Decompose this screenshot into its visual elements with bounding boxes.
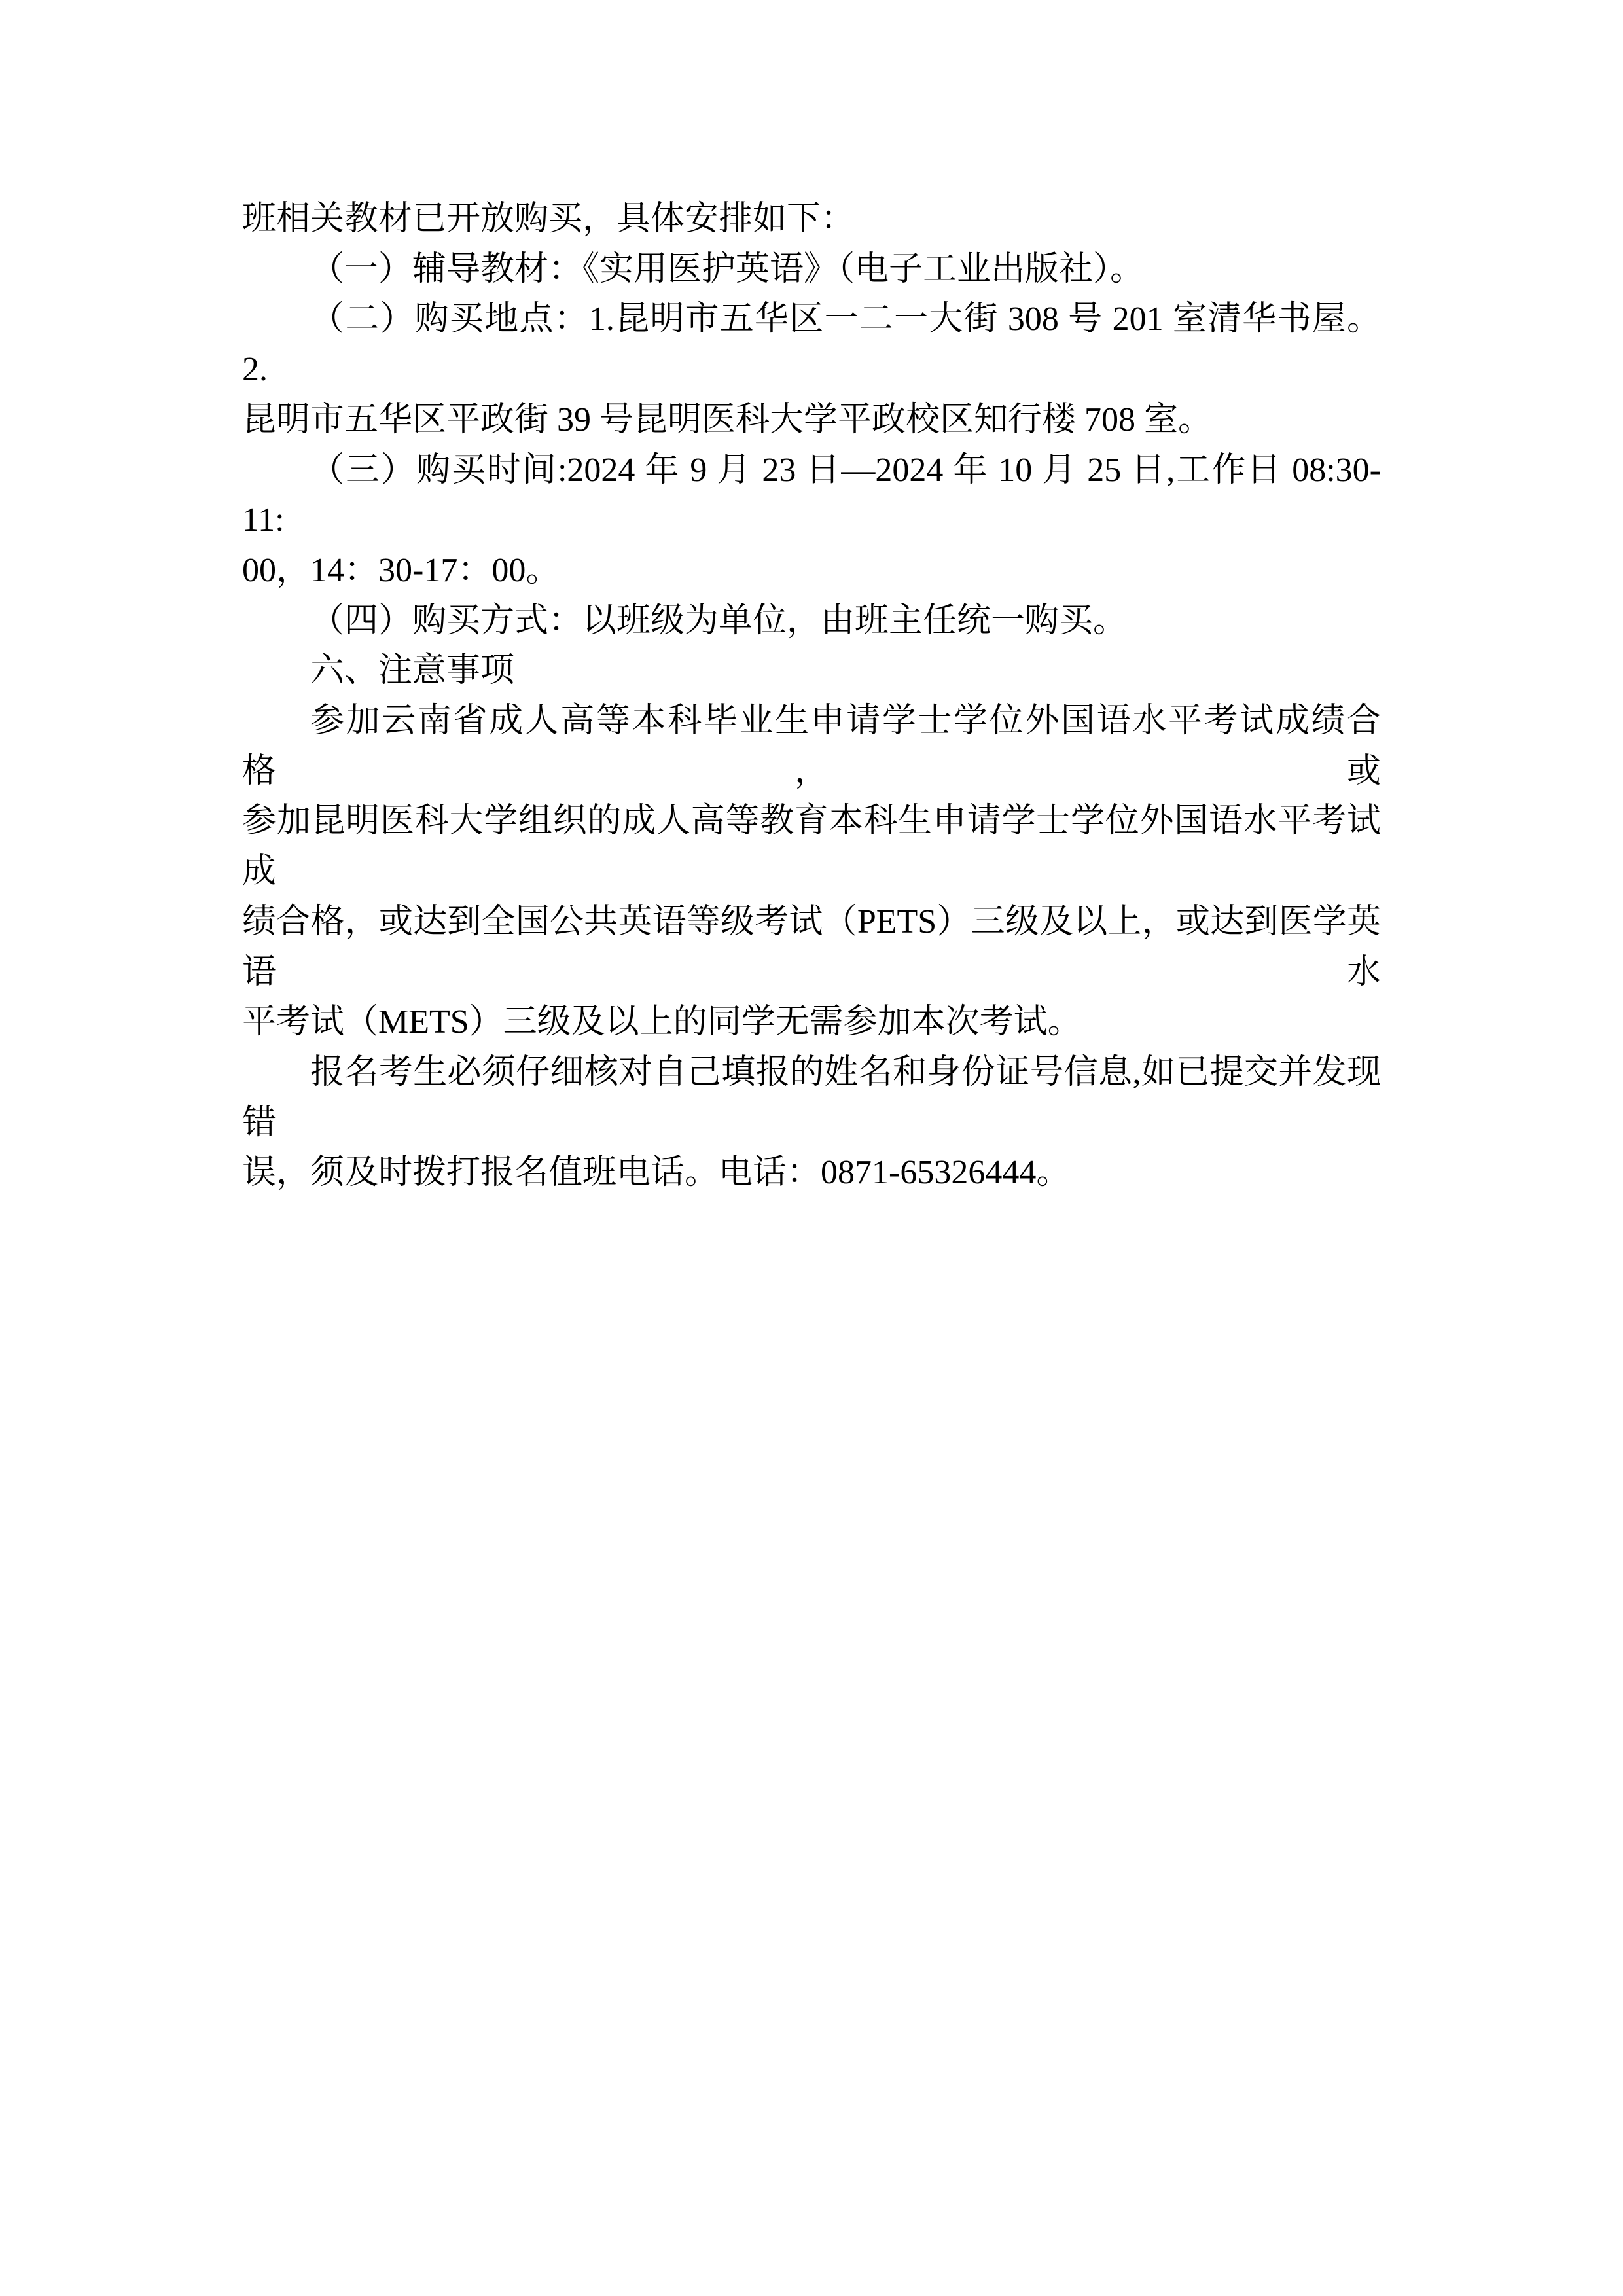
text-line: 六、注意事项 [242, 646, 1381, 696]
text-line: 昆明市五华区平政街 39 号昆明医科大学平政校区知行楼 708 室。 [242, 395, 1381, 446]
text-line: 00，14：30-17：00。 [242, 546, 1381, 596]
document-body: 班相关教材已开放购买，具体安排如下： （一）辅导教材：《实用医护英语》（电子工业… [242, 194, 1381, 1198]
text-line: （四）购买方式：以班级为单位，由班主任统一购买。 [242, 596, 1381, 647]
text-line: 绩合格，或达到全国公共英语等级考试（PETS）三级及以上，或达到医学英语水 [242, 897, 1381, 997]
document-page: 班相关教材已开放购买，具体安排如下： （一）辅导教材：《实用医护英语》（电子工业… [0, 0, 1623, 2296]
text-line: 参加云南省成人高等本科毕业生申请学士学位外国语水平考试成绩合格，或 [242, 696, 1381, 797]
text-line: （一）辅导教材：《实用医护英语》（电子工业出版社）。 [242, 245, 1381, 295]
text-line: 参加昆明医科大学组织的成人高等教育本科生申请学士学位外国语水平考试成 [242, 797, 1381, 897]
text-line: 报名考生必须仔细核对自己填报的姓名和身份证号信息,如已提交并发现错 [242, 1048, 1381, 1148]
text-line: （二）购买地点：1.昆明市五华区一二一大街 308 号 201 室清华书屋。2. [242, 295, 1381, 395]
text-line: 班相关教材已开放购买，具体安排如下： [242, 194, 1381, 245]
text-line: 误，须及时拨打报名值班电话。电话：0871-65326444。 [242, 1148, 1381, 1198]
text-line: （三）购买时间:2024 年 9 月 23 日—2024 年 10 月 25 日… [242, 446, 1381, 546]
text-line: 平考试（METS）三级及以上的同学无需参加本次考试。 [242, 997, 1381, 1048]
